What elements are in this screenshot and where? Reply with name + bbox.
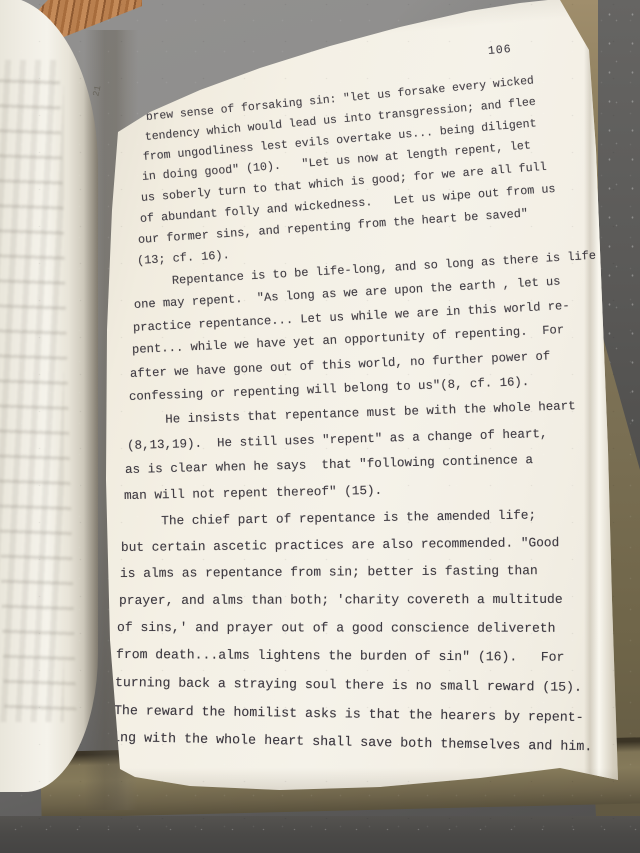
typed-line: but certain ascetic practices are also r…: [121, 535, 559, 555]
typed-line: confessing or repenting will belong to u…: [129, 375, 530, 404]
typed-line: from death...alms lightens the burden of…: [116, 647, 565, 665]
document-page: 106 brew sense of forsaking sin: "let us…: [100, 0, 620, 800]
typed-line: ing with the whole heart shall save both…: [112, 731, 593, 755]
typed-line: prayer, and alms than both; 'charity cov…: [119, 591, 563, 607]
typed-line: man will not repent thereof" (15).: [124, 483, 382, 503]
cover-cloth-bottom: [0, 816, 640, 853]
typed-line: (13; cf. 16).: [136, 248, 230, 268]
photo-of-open-book: 21 106 brew sense of forsaking sin: "let…: [0, 0, 640, 853]
typed-line: The chief part of repentance is the amen…: [122, 507, 535, 528]
typed-line: The reward the homilist asks is that the…: [113, 703, 583, 725]
typed-line: (8,13,19). He still uses "repent" as a c…: [126, 427, 547, 453]
typed-line: is alms as repentance from sin; better i…: [120, 563, 538, 581]
typed-line: turning back a straying soul there is no…: [115, 675, 582, 695]
typed-text: brew sense of forsaking sin: "let us for…: [100, 0, 620, 800]
typed-line: of sins,' and prayer out of a good consc…: [117, 620, 555, 636]
typed-line: He insists that repentance must be with …: [128, 399, 576, 428]
typed-line: as is clear when he says that "following…: [125, 453, 533, 477]
